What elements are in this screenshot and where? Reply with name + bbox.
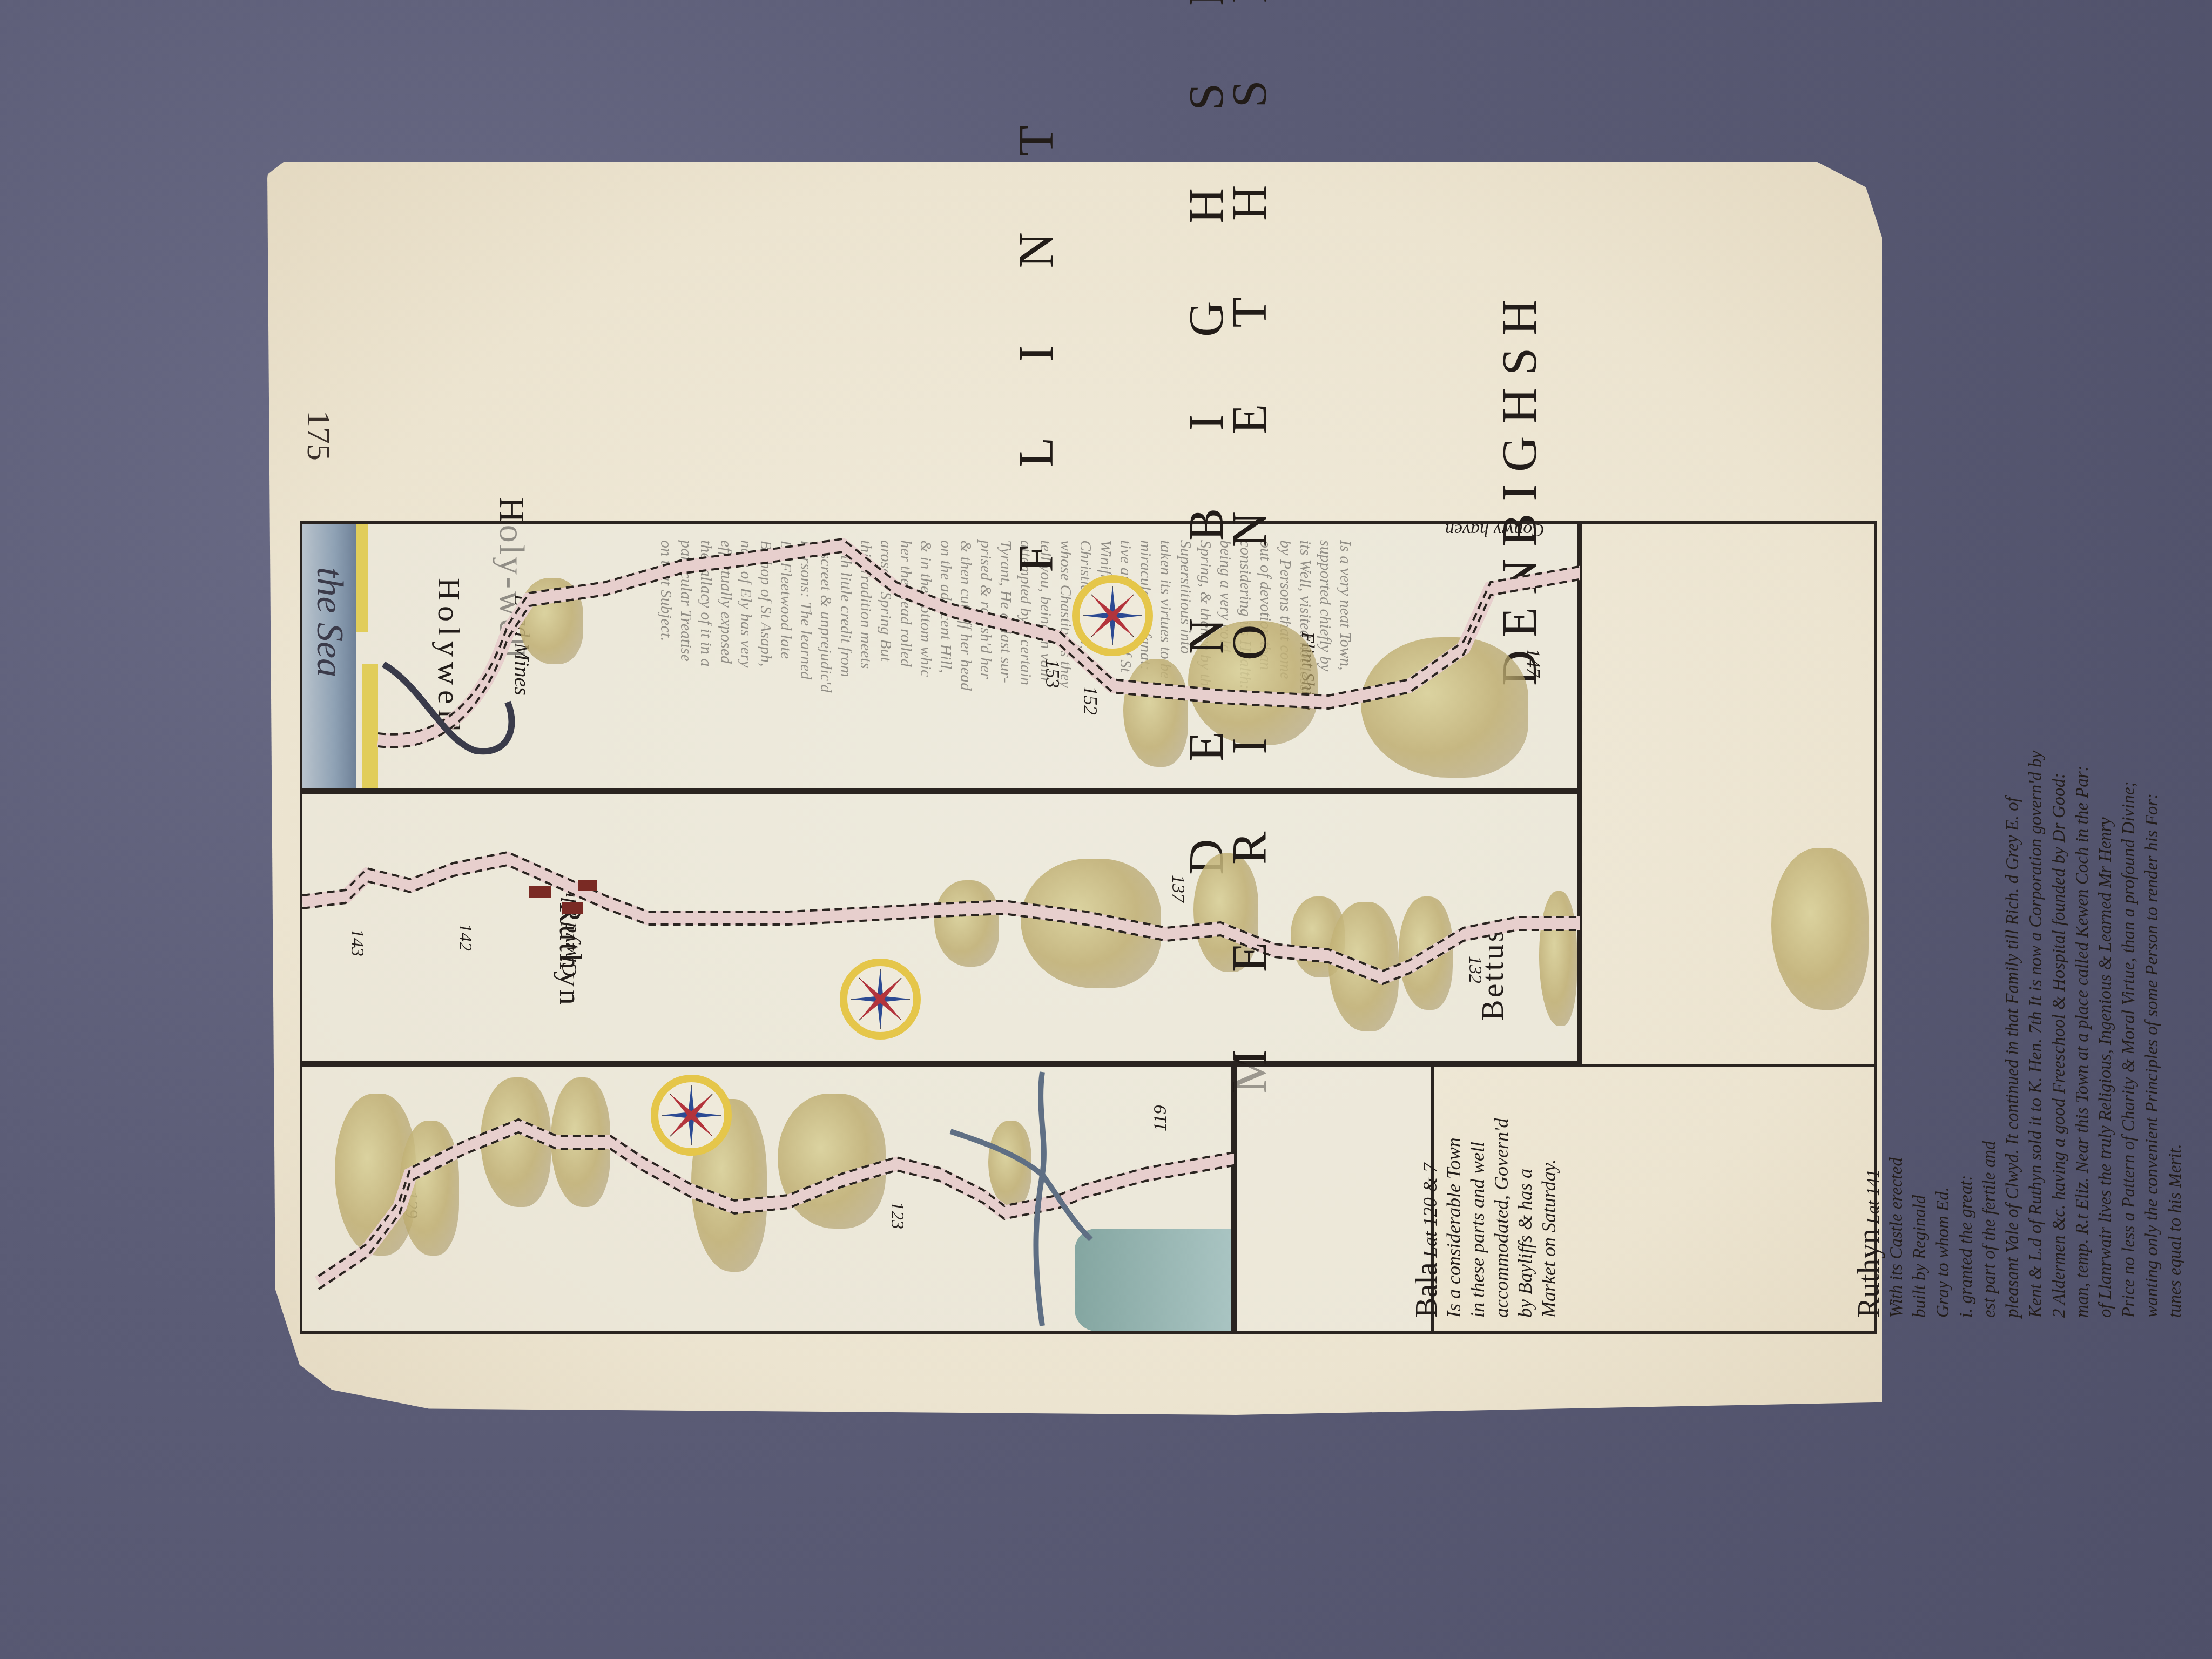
compass-rose-icon [1072,575,1153,656]
county-flint: F L I N T [1007,93,1064,572]
county-merioneth: M E R I O N E T H S H [1220,0,1278,1094]
text-frame-right [1580,521,1877,1064]
ruthyn-coords: Lat 141 [1864,1169,1883,1224]
strip-bottom: M E R I O N E T H S H 129 123 119 [300,1064,1234,1334]
ruthyn-title: Ruthyn [1852,1229,1886,1318]
page-number: 175 [299,410,338,461]
road-line [302,1067,1237,1331]
strip-top: the Sea Holywell Lead Mines F L I N T D … [300,521,1580,791]
strip-middle: Ruthyn Bettus D E N B I G H S H Clwyd Fl… [300,791,1580,1064]
compass-rose-icon [651,1075,732,1156]
road-line [302,524,1582,788]
compass-rose-icon [840,959,921,1040]
ruthyn-description: Ruthyn Lat 141 With its Castle erected b… [1858,751,2187,1318]
ruthyn-panel [1434,1064,1877,1334]
road-line [302,794,1582,1061]
bala-cartouche [1234,1064,1434,1334]
